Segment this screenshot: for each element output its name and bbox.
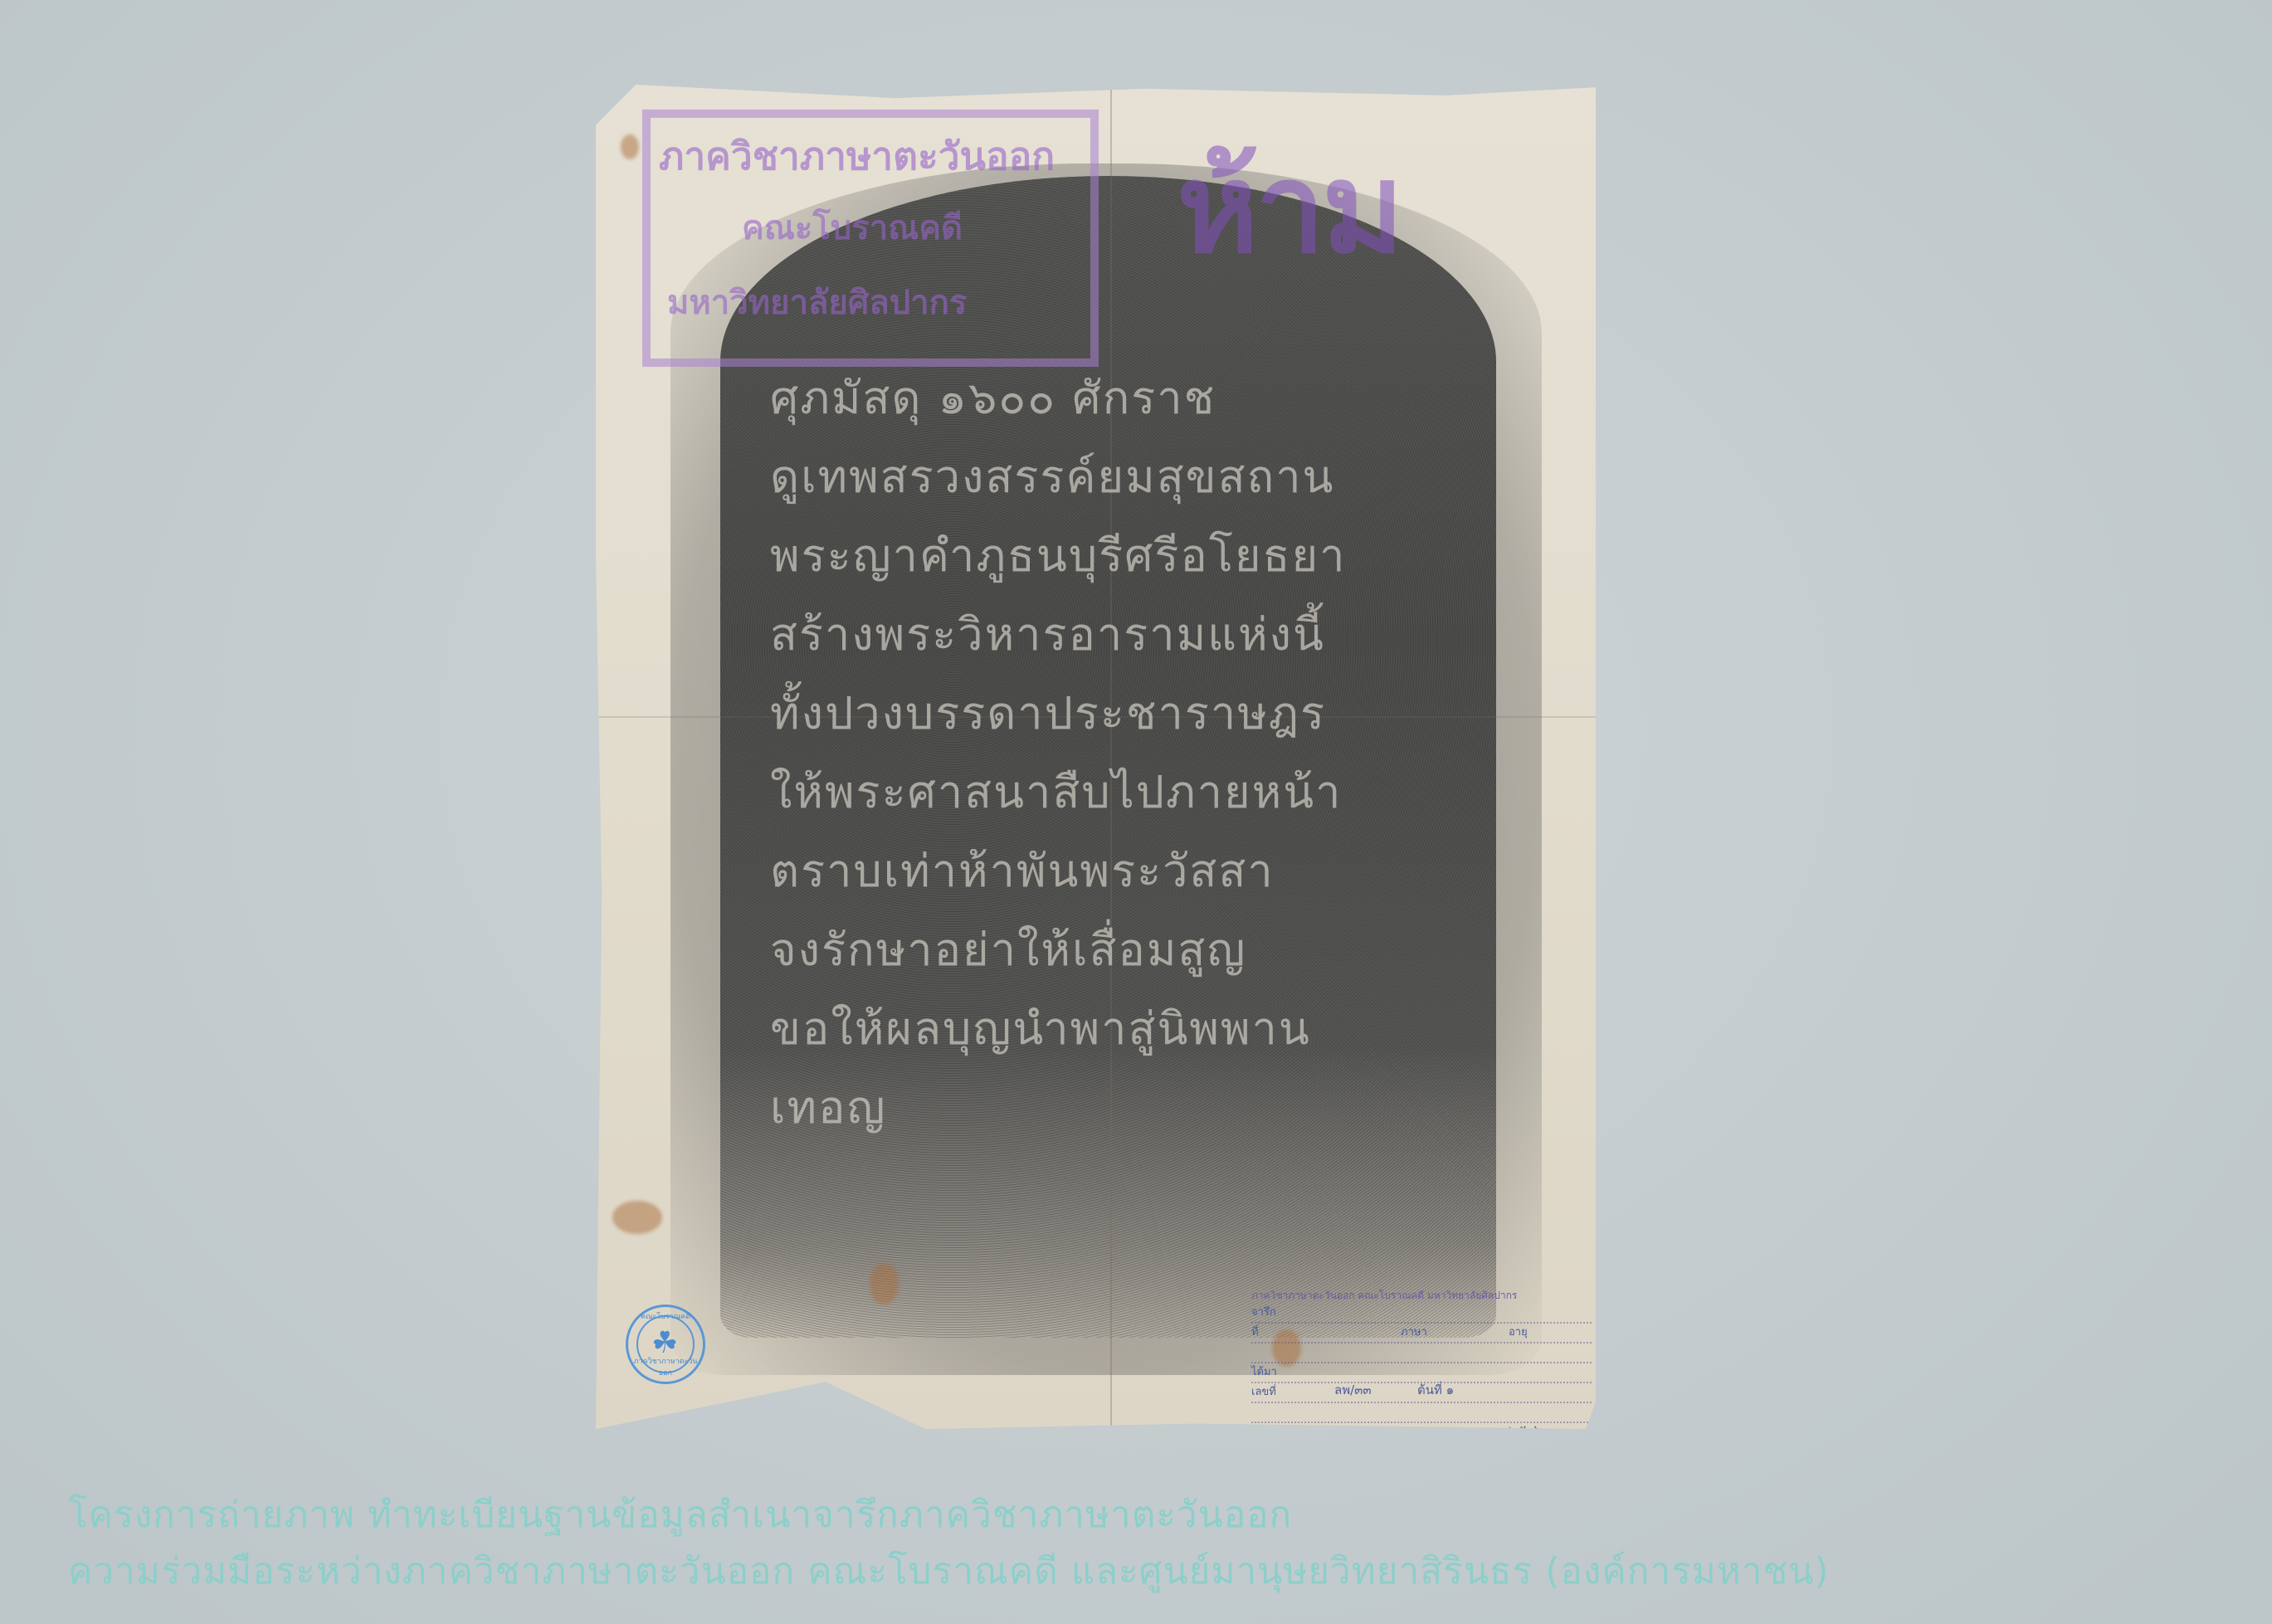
inscription-line: ทั้งปวงบรรดาประชาราษฎร <box>770 674 1459 753</box>
inscription-line: พระญาคำภูธนบุรีศรีอโยธยา <box>770 516 1459 595</box>
stamp-line-3: มหาวิทยาลัยศิลปากร <box>667 276 967 329</box>
form-label: ได้มา <box>1251 1363 1277 1380</box>
inscription-line: ขอให้ผลบุญนำพาสู่นิพพาน <box>770 989 1459 1068</box>
inscription-line: ดูเทพสรวงสรรค์ยมสุขสถาน <box>770 437 1459 516</box>
inscription-line: จงรักษาอย่าให้เสื่อมสูญ <box>770 910 1459 989</box>
inscription-line: เทอญ <box>770 1068 1459 1147</box>
form-label-language: ภาษา <box>1401 1323 1427 1340</box>
date-day: ๑๕ <box>1351 1420 1368 1440</box>
caption-line-2: ความร่วมมือระหว่างภาควิชาภาษาตะวันออก คณ… <box>68 1542 1830 1600</box>
caption-line-1: โครงการถ่ายภาพ ทำทะเบียนฐานข้อมูลสำเนาจา… <box>68 1485 1292 1544</box>
rust-stain <box>612 1201 662 1234</box>
date-separator: / <box>1388 1425 1392 1440</box>
inscription-line: ให้พระศาสนาสืบไปภายหน้า <box>770 753 1459 832</box>
inscription-text: ศุภมัสดุ ๑๖๐๐ ศักราช ดูเทพสรวงสรรค์ยมสุข… <box>770 358 1459 1147</box>
inscription-line: ตราบเท่าห้าพันพระวัสสา <box>770 832 1459 910</box>
inscription-line: ศุภมัสดุ ๑๖๐๐ ศักราช <box>770 358 1459 437</box>
seal-top-text: คณะโบราณคดี <box>628 1310 703 1322</box>
form-header: ภาควิชาภาษาตะวันออก คณะโบราณคดี มหาวิทยา… <box>1251 1288 1592 1304</box>
inscription-line: สร้างพระวิหารอารามแห่งนี้ <box>770 595 1459 674</box>
form-label: จารึก <box>1251 1303 1276 1320</box>
stamp-line-2: คณะโบราณคดี <box>742 201 963 254</box>
blue-faculty-seal: คณะโบราณคดี ☘ ภาควิชาภาษาตะวันออก <box>626 1305 705 1384</box>
form-line-language-age: ที่ ภาษา อายุ <box>1251 1324 1592 1344</box>
form-label: ที่ <box>1251 1323 1259 1340</box>
date-month: เมษายน <box>1405 1420 1448 1440</box>
form-line-blank <box>1251 1344 1592 1363</box>
rust-stain <box>870 1263 899 1305</box>
rubbing-paper-sheet: ศุภมัสดุ ๑๖๐๐ ศักราช ดูเทพสรวงสรรค์ยมสุข… <box>596 85 1596 1429</box>
rust-stain <box>621 134 639 159</box>
catalog-form: ภาควิชาภาษาตะวันออก คณะโบราณคดี มหาวิทยา… <box>1251 1288 1592 1443</box>
seal-bottom-text: ภาควิชาภาษาตะวันออก <box>628 1355 703 1378</box>
form-line-number: เลขที่ ลพ/๓๓ ต้นที่ ๑ <box>1251 1383 1592 1403</box>
sheet-number: ต้นที่ ๑ <box>1417 1380 1454 1400</box>
form-label-age: อายุ <box>1509 1323 1528 1340</box>
catalog-number: ลพ/๓๓ <box>1334 1380 1372 1400</box>
form-line-inscription: จารึก <box>1251 1304 1592 1324</box>
date-separator: , <box>1492 1425 1496 1440</box>
date-year: ๒๕๑๖ <box>1509 1420 1542 1440</box>
form-label: เลขที่ <box>1251 1383 1276 1400</box>
purple-department-stamp: ภาควิชาภาษาตะวันออก คณะโบราณคดี มหาวิทยา… <box>642 110 1099 367</box>
ganesha-emblem-icon: ☘ <box>651 1329 678 1358</box>
form-line-date: ๑๕ / เมษายน , ๒๕๑๖ <box>1251 1423 1592 1443</box>
purple-large-stamp-text: ห้าม <box>1177 110 1401 307</box>
stamp-line-1: ภาควิชาภาษาตะวันออก <box>659 126 1055 187</box>
